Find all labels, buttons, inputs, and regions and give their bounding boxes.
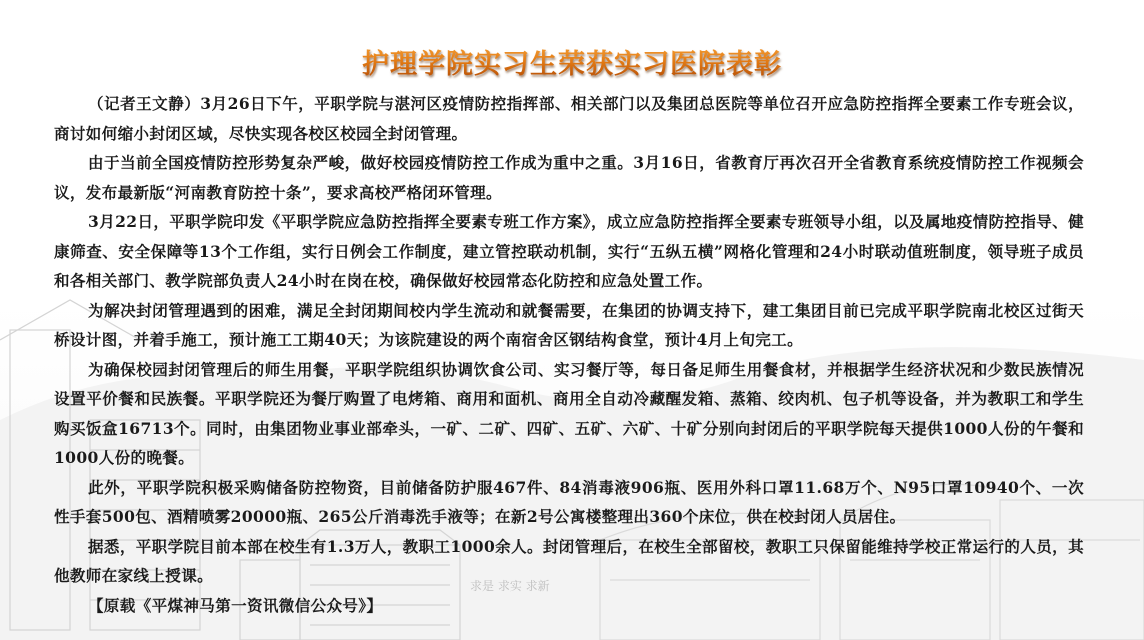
article-title: 护理学院实习生荣获实习医院表彰	[0, 42, 1144, 81]
article-source: 【原载《平煤神马第一资讯微信公众号》】	[54, 591, 1084, 621]
paragraph-2: 由于当前全国疫情防控形势复杂严峻，做好校园疫情防控工作成为重中之重。3月16日，…	[54, 148, 1084, 207]
paragraph-4: 为解决封闭管理遇到的困难，满足全封闭期间校内学生流动和就餐需要，在集团的协调支持…	[54, 296, 1084, 355]
paragraph-7: 据悉，平职学院目前本部在校生有1.3万人，教职工1000余人。封闭管理后，在校生…	[54, 532, 1084, 591]
paragraph-3: 3月22日，平职学院印发《平职学院应急防控指挥全要素专班工作方案》，成立应急防控…	[54, 207, 1084, 296]
paragraph-5: 为确保校园封闭管理后的师生用餐，平职学院组织协调饮食公司、实习餐厅等，每日备足师…	[54, 355, 1084, 473]
article-body: （记者王文静）3月26日下午，平职学院与湛河区疫情防控指挥部、相关部门以及集团总…	[54, 89, 1084, 620]
paragraph-6: 此外，平职学院积极采购储备防控物资，目前储备防护服467件、84消毒液906瓶、…	[54, 473, 1084, 532]
paragraph-1: （记者王文静）3月26日下午，平职学院与湛河区疫情防控指挥部、相关部门以及集团总…	[54, 89, 1084, 148]
